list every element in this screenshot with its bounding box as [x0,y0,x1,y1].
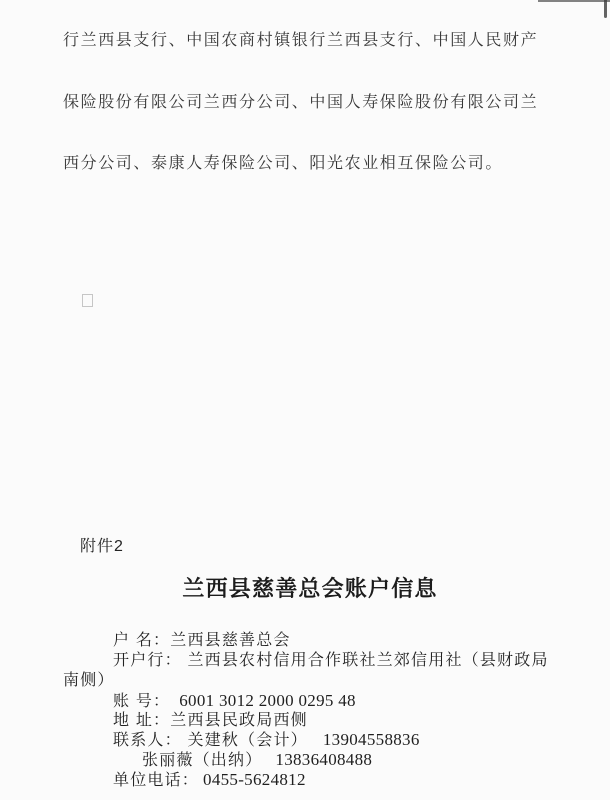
contact2-phone: 13836408488 [275,750,372,769]
account-name-value: 兰西县慈善总会 [170,632,290,649]
address-label: 地 址： [113,712,170,729]
account-name-row: 户 名：兰西县慈善总会 [113,631,291,651]
scan-edge-artifact-right [604,0,607,18]
unit-phone-value: 0455-5624812 [203,770,306,789]
top-paragraph-line: 西分公司、泰康人寿保险公司、阳光农业相互保险公司。 [63,154,563,175]
address-row: 地 址：兰西县民政局西侧 [113,711,308,731]
document-title: 兰西县慈善总会账户信息 [0,572,610,603]
account-name-label: 户 名： [113,632,170,649]
account-number-row: 账 号：6001 3012 2000 0295 48 [113,691,356,712]
unit-phone-label: 单位电话： [113,772,199,789]
empty-placeholder-box [82,294,93,307]
contact2-name: 张丽薇（出纳） [142,752,262,769]
contact-label: 联系人： [113,732,187,749]
contact-row-1: 联系人： 关建秋（会计）13904558836 [113,730,420,751]
contact-row-2: 张丽薇（出纳）13836408488 [142,750,372,771]
bank-row: 开户行： 兰西县农村信用合作联社兰郊信用社（县财政局 [113,651,549,671]
account-number-value: 6001 3012 2000 0295 48 [179,691,356,710]
document-page: 行兰西县支行、中国农商村镇银行兰西县支行、中国人民财产 保险股份有限公司兰西分公… [0,0,610,800]
contact1-name: 关建秋（会计） [187,732,307,749]
top-paragraph-line: 保险股份有限公司兰西分公司、中国人寿保险股份有限公司兰 [63,93,563,114]
account-number-label: 账 号： [113,693,170,710]
bank-label: 开户行： [113,652,187,669]
unit-phone-row: 单位电话：0455-5624812 [113,770,306,791]
bank-value-line1: 兰西县农村信用合作联社兰郊信用社（县财政局 [187,652,548,669]
top-paragraph: 行兰西县支行、中国农商村镇银行兰西县支行、中国人民财产 保险股份有限公司兰西分公… [63,0,563,216]
attachment-label: 附件2 [80,533,124,556]
contact1-phone: 13904558836 [323,730,420,749]
address-value: 兰西县民政局西侧 [170,712,308,729]
top-paragraph-line-clipped: 行兰西县支行、中国农商村镇银行兰西县支行、中国人民财产 [63,31,563,52]
bank-row-wrap: 南侧） [63,671,115,691]
bank-value-line2: 南侧） [63,672,115,689]
